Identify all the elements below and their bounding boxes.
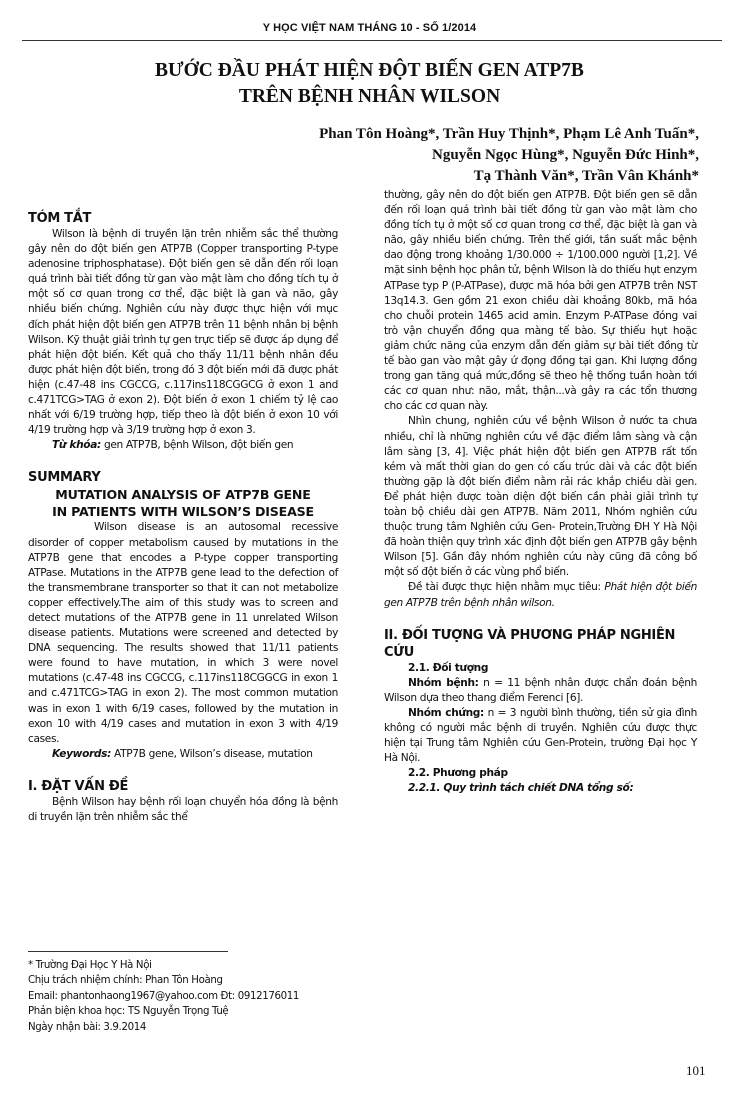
abstract-en-title-1: MUTATION ANALYSIS OF ATP7B GENE: [28, 486, 338, 503]
abstract-en-body: Wilson disease is an autosomal recessive…: [28, 520, 338, 746]
section-1-para-3: Đề tài được thực hiện nhằm mục tiêu: Phá…: [384, 580, 697, 610]
abstract-en-title-2: IN PATIENTS WITH WILSON’S DISEASE: [28, 503, 338, 520]
article-title: BƯỚC ĐẦU PHÁT HIỆN ĐỘT BIẾN GEN ATP7B TR…: [0, 58, 739, 110]
footnote-affiliation: * Trường Đại Học Y Hà Nội: [28, 958, 348, 973]
title-line-2: TRÊN BỆNH NHÂN WILSON: [0, 84, 739, 110]
patient-group: Nhóm bệnh: n = 11 bệnh nhân được chẩn đo…: [384, 676, 697, 706]
journal-page: Y HỌC VIỆT NAM THÁNG 10 - SỐ 1/2014 BƯỚC…: [0, 0, 739, 1095]
authors-line-3: Tạ Thành Văn*, Trần Vân Khánh*: [139, 166, 699, 187]
abstract-en-keywords: Keywords: ATP7B gene, Wilson’s disease, …: [28, 747, 338, 762]
page-number: 101: [686, 1063, 706, 1079]
footnotes: * Trường Đại Học Y Hà Nội Chịu trách nhi…: [28, 958, 348, 1035]
section-1-para-1-start: Bệnh Wilson hay bệnh rối loạn chuyển hóa…: [28, 795, 338, 825]
section-1-para-2: Nhìn chung, nghiên cứu về bệnh Wilson ở …: [384, 414, 697, 580]
footnote-responsible: Chịu trách nhiệm chính: Phan Tôn Hoàng: [28, 973, 348, 988]
subsection-2-1-heading: 2.1. Đối tượng: [384, 661, 697, 676]
left-column: TÓM TẮT Wilson là bệnh di truyền lặn trê…: [28, 210, 338, 825]
running-header: Y HỌC VIỆT NAM THÁNG 10 - SỐ 1/2014: [0, 22, 739, 34]
keywords-vi-text: gen ATP7B, bệnh Wilson, đột biến gen: [101, 439, 293, 451]
objective-lead: Đề tài được thực hiện nhằm mục tiêu:: [408, 581, 604, 593]
subsection-2-2-1-heading: 2.2.1. Quy trình tách chiết DNA tổng số:: [384, 781, 697, 796]
abstract-vi-body: Wilson là bệnh di truyền lặn trên nhiễm …: [28, 227, 338, 438]
right-column: thường, gây nên do đột biến gen ATP7B. Đ…: [384, 188, 697, 796]
subsection-2-2-heading: 2.2. Phương pháp: [384, 766, 697, 781]
footnote-rule: [28, 951, 228, 952]
footnote-received: Ngày nhận bài: 3.9.2014: [28, 1020, 348, 1035]
section-1-heading: I. ĐẶT VẤN ĐỀ: [28, 778, 338, 795]
control-group: Nhóm chứng: n = 3 người bình thường, tiề…: [384, 706, 697, 766]
title-line-1: BƯỚC ĐẦU PHÁT HIỆN ĐỘT BIẾN GEN ATP7B: [0, 58, 739, 84]
abstract-en-heading: SUMMARY: [28, 469, 338, 486]
abstract-vi-keywords: Từ khóa: gen ATP7B, bệnh Wilson, đột biế…: [28, 438, 338, 453]
authors-line-1: Phan Tôn Hoàng*, Trần Huy Thịnh*, Phạm L…: [139, 124, 699, 145]
section-1-para-1-cont: thường, gây nên do đột biến gen ATP7B. Đ…: [384, 188, 697, 414]
section-2-heading: II. ĐỐI TƯỢNG VÀ PHƯƠNG PHÁP NGHIÊN CỨU: [384, 627, 697, 661]
keywords-en-label: Keywords:: [52, 748, 111, 760]
keywords-en-text: ATP7B gene, Wilson’s disease, mutation: [111, 748, 313, 760]
footnote-contact: Email: phantonhaong1967@yahoo.com Đt: 09…: [28, 989, 348, 1004]
keywords-vi-label: Từ khóa:: [52, 439, 101, 451]
abstract-vi-heading: TÓM TẮT: [28, 210, 338, 227]
footnote-reviewer: Phản biện khoa học: TS Nguyễn Trọng Tuệ: [28, 1004, 348, 1019]
header-rule: [22, 40, 722, 41]
author-list: Phan Tôn Hoàng*, Trần Huy Thịnh*, Phạm L…: [139, 124, 699, 187]
patient-group-label: Nhóm bệnh:: [408, 677, 479, 689]
authors-line-2: Nguyễn Ngọc Hùng*, Nguyễn Đức Hinh*,: [139, 145, 699, 166]
control-group-label: Nhóm chứng:: [408, 707, 484, 719]
